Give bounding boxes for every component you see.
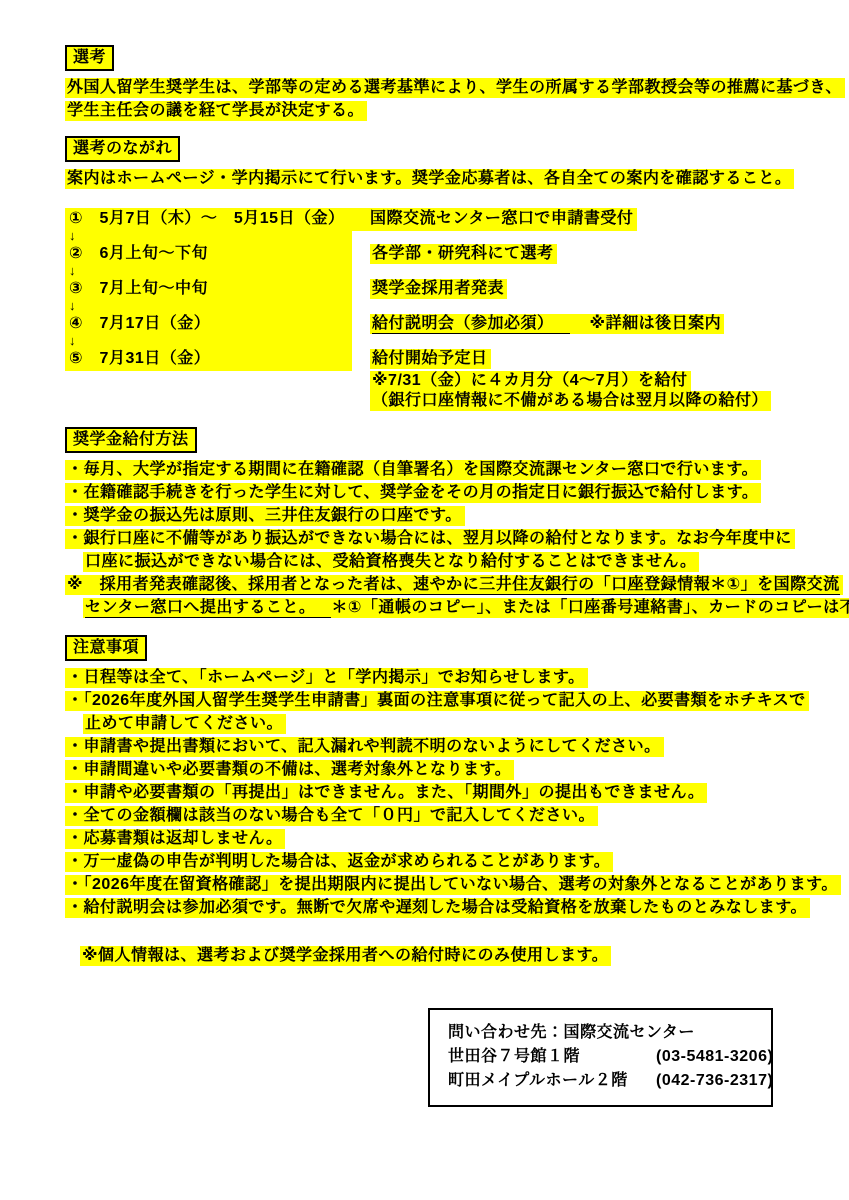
selection-header: 選考 <box>65 45 114 71</box>
highlighted-text: ・銀行口座に不備等があり振込ができない場合には、翌月以降の給付となります。なお今… <box>65 529 795 549</box>
bullet-line: ・「2026年度外国人留学生奨学生申請書」裏面の注意事項に従って記入の上、必要書… <box>65 690 819 711</box>
bullet-continuation: 止めて申請してください。 <box>83 713 819 734</box>
schedule: ① 5月7日（木）～ 5月15日（金） 国際交流センター窓口で申請書受付 ↓ ②… <box>65 208 819 411</box>
notes-header: 注意事項 <box>65 635 147 661</box>
highlighted-text: ・日程等は全て、「ホームページ」と「学内掲示」でお知らせします。 <box>65 668 588 688</box>
schedule-step-1: ① 5月7日（木）～ 5月15日（金） 国際交流センター窓口で申請書受付 <box>65 208 819 231</box>
highlighted-text: ・申請間違いや必要書類の不備は、選考対象外となります。 <box>65 760 514 780</box>
highlighted-text: 学生主任会の議を経て学長が決定する。 <box>65 101 367 121</box>
highlighted-text: ・「2026年度外国人留学生奨学生申請書」裏面の注意事項に従って記入の上、必要書… <box>65 691 809 711</box>
step-date: ⑤ 7月31日（金） <box>65 348 352 371</box>
bullet-line-important: ※ 採用者発表確認後、採用者となった者は、速やかに三井住友銀行の「口座登録情報＊… <box>65 574 819 595</box>
section-payment: 奨学金給付方法 ・毎月、大学が指定する期間に在籍確認（自筆署名）を国際交流課セン… <box>65 427 819 618</box>
schedule-arrow: ↓ <box>65 266 819 278</box>
bullet-line: ・申請間違いや必要書類の不備は、選考対象外となります。 <box>65 759 819 780</box>
bullet-line: ・全ての金額欄は該当のない場合も全て「０円」で記入してください。 <box>65 805 819 826</box>
schedule-note: ※7/31（金）に４カ月分（4～7月）を給付 <box>65 371 819 391</box>
payment-header: 奨学金給付方法 <box>65 427 197 453</box>
highlighted-text: ・申請書や提出書類において、記入漏れや判読不明のないようにしてください。 <box>65 737 664 757</box>
bullet-continuation: 口座に振込ができない場合には、受給資格喪失となり給付することはできません。 <box>83 551 819 572</box>
step-date: ① 5月7日（木）～ 5月15日（金） <box>65 208 352 231</box>
underlined-text: 給付説明会（参加必須） <box>372 315 570 334</box>
section-flow: 選考のながれ 案内はホームページ・学内掲示にて行います。奨学金応募者は、各自全て… <box>65 136 819 411</box>
down-arrow-icon: ↓ <box>69 333 76 348</box>
highlighted-text: ・給付説明会は参加必須です。無断で欠席や遅刻した場合は受給資格を放棄したものとみ… <box>65 898 810 918</box>
bullet-line: ・銀行口座に不備等があり振込ができない場合には、翌月以降の給付となります。なお今… <box>65 528 819 549</box>
schedule-step-5: ⑤ 7月31日（金） 給付開始予定日 <box>65 348 819 371</box>
highlighted-text: ・毎月、大学が指定する期間に在籍確認（自筆署名）を国際交流課センター窓口で行いま… <box>65 460 761 480</box>
section-notes: 注意事項 ・日程等は全て、「ホームページ」と「学内掲示」でお知らせします。 ・「… <box>65 635 819 918</box>
step-desc: 給付説明会（参加必須）※詳細は後日案内 <box>370 314 724 334</box>
flow-header: 選考のながれ <box>65 136 180 162</box>
step-desc: 奨学金採用者発表 <box>370 279 507 299</box>
contact-phone: (042-736-2317) <box>656 1072 773 1089</box>
document-page: 選考 外国人留学生奨学生は、学部等の定める選考基準により、学生の所属する学部教授… <box>0 0 849 1200</box>
highlighted-text: ・万一虚偽の申告が判明した場合は、返金が求められることがあります。 <box>65 852 613 872</box>
highlighted-text: 口座に振込ができない場合には、受給資格喪失となり給付することはできません。 <box>83 552 699 572</box>
bullet-line: ・申請や必要書類の「再提出」はできません。また、「期間外」の提出もできません。 <box>65 782 819 803</box>
bullet-line: ・日程等は全て、「ホームページ」と「学内掲示」でお知らせします。 <box>65 667 819 688</box>
highlighted-text: ・全ての金額欄は該当のない場合も全て「０円」で記入してください。 <box>65 806 598 826</box>
highlighted-text: ※7/31（金）に４カ月分（4～7月）を給付 <box>370 371 691 391</box>
highlighted-text: ・応募書類は返却しません。 <box>65 829 285 849</box>
highlighted-text: ・「2026年度在留資格確認」を提出期限内に提出していない場合、選考の対象外とな… <box>65 875 841 895</box>
highlighted-text: ※個人情報は、選考および奨学金採用者への給付時にのみ使用します。 <box>80 946 611 966</box>
contact-title: 問い合わせ先：国際交流センター <box>448 1021 761 1045</box>
schedule-arrow: ↓ <box>65 231 819 243</box>
bullet-continuation: センター窓口へ提出すること。＊①「通帳のコピー」、または「口座番号連絡書」、カー… <box>83 597 819 618</box>
privacy-note: ※個人情報は、選考および奨学金採用者への給付時にのみ使用します。 <box>80 945 819 966</box>
text-line: 外国人留学生奨学生は、学部等の定める選考基準により、学生の所属する学部教授会等の… <box>65 77 819 98</box>
underlined-text: センター窓口へ提出すること。 <box>85 599 331 618</box>
highlighted-text: （銀行口座情報に不備がある場合は翌月以降の給付） <box>370 391 771 411</box>
schedule-note: （銀行口座情報に不備がある場合は翌月以降の給付） <box>65 391 819 411</box>
footnote-text: ＊①「通帳のコピー」、または「口座番号連絡書」、カードのコピーは不可 <box>331 599 849 616</box>
down-arrow-icon: ↓ <box>69 263 76 278</box>
step-date: ④ 7月17日（金） <box>65 313 352 336</box>
contact-row: 世田谷７号館１階(03-5481-3206) <box>448 1045 761 1069</box>
section-selection: 選考 外国人留学生奨学生は、学部等の定める選考基準により、学生の所属する学部教授… <box>65 45 819 121</box>
bullet-line: ・奨学金の振込先は原則、三井住友銀行の口座です。 <box>65 505 819 526</box>
down-arrow-icon: ↓ <box>69 298 76 313</box>
contact-place: 町田メイプルホール２階 <box>448 1069 656 1093</box>
contact-place: 世田谷７号館１階 <box>448 1045 656 1069</box>
highlighted-text: 外国人留学生奨学生は、学部等の定める選考基準により、学生の所属する学部教授会等の… <box>65 78 845 98</box>
bullet-line: ・申請書や提出書類において、記入漏れや判読不明のないようにしてください。 <box>65 736 819 757</box>
empty-cell <box>65 371 352 374</box>
schedule-arrow: ↓ <box>65 301 819 313</box>
schedule-step-2: ② 6月上旬～下旬 各学部・研究科にて選考 <box>65 243 819 266</box>
contact-box: 問い合わせ先：国際交流センター 世田谷７号館１階(03-5481-3206) 町… <box>428 1008 773 1107</box>
reference-mark: ※ <box>67 576 100 593</box>
schedule-step-4: ④ 7月17日（金） 給付説明会（参加必須）※詳細は後日案内 <box>65 313 819 336</box>
highlighted-text: ・申請や必要書類の「再提出」はできません。また、「期間外」の提出もできません。 <box>65 783 707 803</box>
highlighted-text: 案内はホームページ・学内掲示にて行います。奨学金応募者は、各自全ての案内を確認す… <box>65 169 794 189</box>
bullet-line: ・「2026年度在留資格確認」を提出期限内に提出していない場合、選考の対象外とな… <box>65 874 819 895</box>
highlighted-text: ・在籍確認手続きを行った学生に対して、奨学金をその月の指定日に銀行振込で給付しま… <box>65 483 761 503</box>
contact-row: 町田メイプルホール２階(042-736-2317) <box>448 1069 761 1093</box>
down-arrow-icon: ↓ <box>69 228 76 243</box>
step-desc: 給付開始予定日 <box>370 349 491 369</box>
highlighted-text: ・奨学金の振込先は原則、三井住友銀行の口座です。 <box>65 506 465 526</box>
bullet-line: ・給付説明会は参加必須です。無断で欠席や遅刻した場合は受給資格を放棄したものとみ… <box>65 897 819 918</box>
text-line: 学生主任会の議を経て学長が決定する。 <box>65 100 819 121</box>
step-note: ※詳細は後日案内 <box>590 315 722 332</box>
step-date: ③ 7月上旬～中旬 <box>65 278 352 301</box>
schedule-step-3: ③ 7月上旬～中旬 奨学金採用者発表 <box>65 278 819 301</box>
bullet-line: ・応募書類は返却しません。 <box>65 828 819 849</box>
step-desc: 各学部・研究科にて選考 <box>370 244 557 264</box>
highlighted-text: センター窓口へ提出すること。＊①「通帳のコピー」、または「口座番号連絡書」、カー… <box>83 598 849 618</box>
schedule-arrow: ↓ <box>65 336 819 348</box>
highlighted-text: 止めて申請してください。 <box>83 714 286 734</box>
bullet-line: ・毎月、大学が指定する期間に在籍確認（自筆署名）を国際交流課センター窓口で行いま… <box>65 459 819 480</box>
flow-intro: 案内はホームページ・学内掲示にて行います。奨学金応募者は、各自全ての案内を確認す… <box>65 168 819 189</box>
highlighted-text: ※ 採用者発表確認後、採用者となった者は、速やかに三井住友銀行の「口座登録情報＊… <box>65 575 843 595</box>
bullet-line: ・在籍確認手続きを行った学生に対して、奨学金をその月の指定日に銀行振込で給付しま… <box>65 482 819 503</box>
bullet-line: ・万一虚偽の申告が判明した場合は、返金が求められることがあります。 <box>65 851 819 872</box>
step-date: ② 6月上旬～下旬 <box>65 243 352 266</box>
contact-phone: (03-5481-3206) <box>656 1048 773 1065</box>
underlined-text: 採用者発表確認後、採用者となった者は、速やかに三井住友銀行の「口座登録情報＊①」… <box>100 576 840 595</box>
step-desc: 国際交流センター窓口で申請書受付 <box>352 208 637 231</box>
empty-cell <box>65 391 352 394</box>
